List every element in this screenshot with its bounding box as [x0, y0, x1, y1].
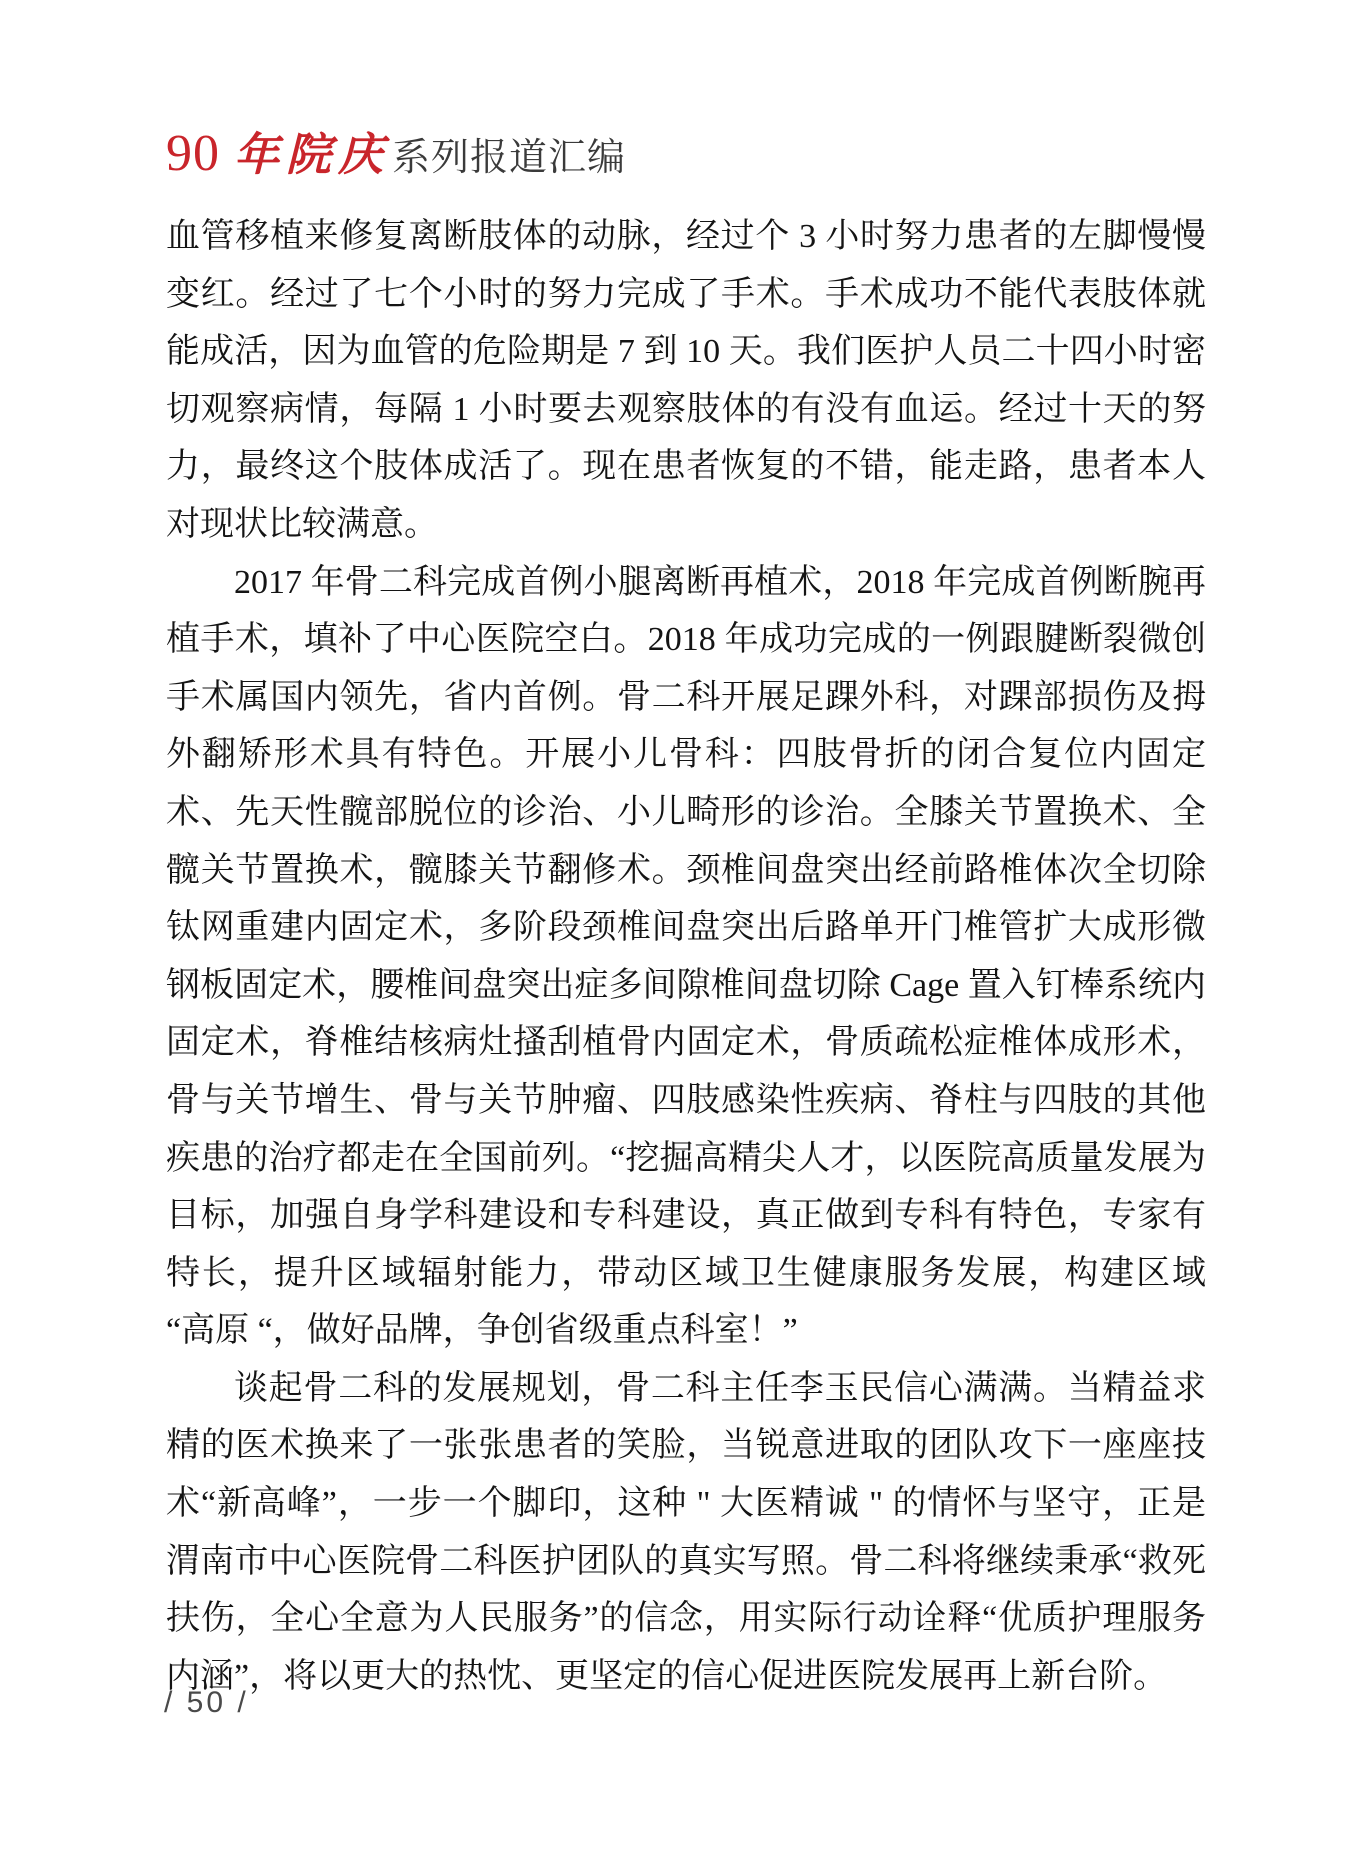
document-page: 90 年院庆 系列报道汇编 血管移植来修复离断肢体的动脉，经过个 3 小时努力患…	[0, 0, 1362, 1858]
paragraph-2: 2017 年骨二科完成首例小腿离断再植术，2018 年完成首例断腕再植手术，填补…	[166, 554, 1206, 1360]
paragraph-3: 谈起骨二科的发展规划，骨二科主任李玉民信心满满。当精益求精的医术换来了一张张患者…	[166, 1360, 1206, 1706]
page-number: / 50 /	[164, 1686, 249, 1720]
article-body: 血管移植来修复离断肢体的动脉，经过个 3 小时努力患者的左脚慢慢变红。经过了七个…	[166, 208, 1206, 1705]
header-subtitle: 系列报道汇编	[392, 139, 626, 177]
page-header: 90 年院庆 系列报道汇编	[166, 128, 626, 180]
paragraph-1: 血管移植来修复离断肢体的动脉，经过个 3 小时努力患者的左脚慢慢变红。经过了七个…	[166, 208, 1206, 554]
anniversary-number: 90	[166, 128, 220, 180]
anniversary-calligraphy: 年院庆	[234, 133, 390, 178]
